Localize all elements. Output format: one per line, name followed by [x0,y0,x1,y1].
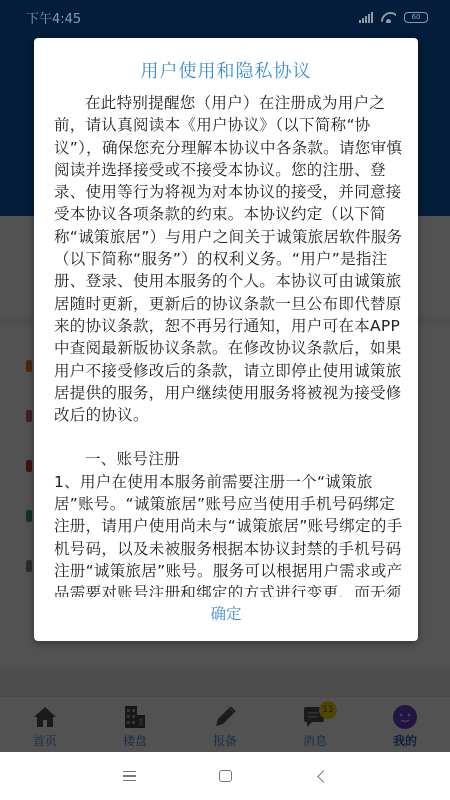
home-button[interactable] [177,752,273,800]
back-chevron-icon [317,770,330,783]
battery-icon: 60 [404,12,428,23]
back-button[interactable] [273,752,369,800]
confirm-button[interactable]: 确定 [34,597,418,641]
spacer [54,426,404,448]
menu-icon [123,768,136,785]
status-time: 下午4:45 [26,8,81,27]
wifi-icon [381,12,396,23]
agreement-text-scroll[interactable]: 在此特别提醒您（用户）在注册成为用户之前，请认真阅读本《用户协议》（以下简称“协… [54,92,404,597]
system-nav-bar [0,752,450,800]
status-bar: 下午4:45 60 [0,0,450,34]
signal-icon [359,12,373,23]
home-square-icon [219,770,232,782]
status-icons: 60 [359,12,428,23]
recent-apps-button[interactable] [81,752,177,800]
section-text: 1、用户在使用本服务前需要注册一个“诚策旅居”账号。“诚策旅居”账号应当使用手机… [54,471,404,597]
privacy-agreement-dialog: 用户使用和隐私协议 在此特别提醒您（用户）在注册成为用户之前，请认真阅读本《用户… [34,38,418,641]
dialog-title: 用户使用和隐私协议 [34,57,418,83]
section-title: 一、账号注册 [54,448,404,470]
agreement-paragraph: 在此特别提醒您（用户）在注册成为用户之前，请认真阅读本《用户协议》（以下简称“协… [54,92,404,426]
